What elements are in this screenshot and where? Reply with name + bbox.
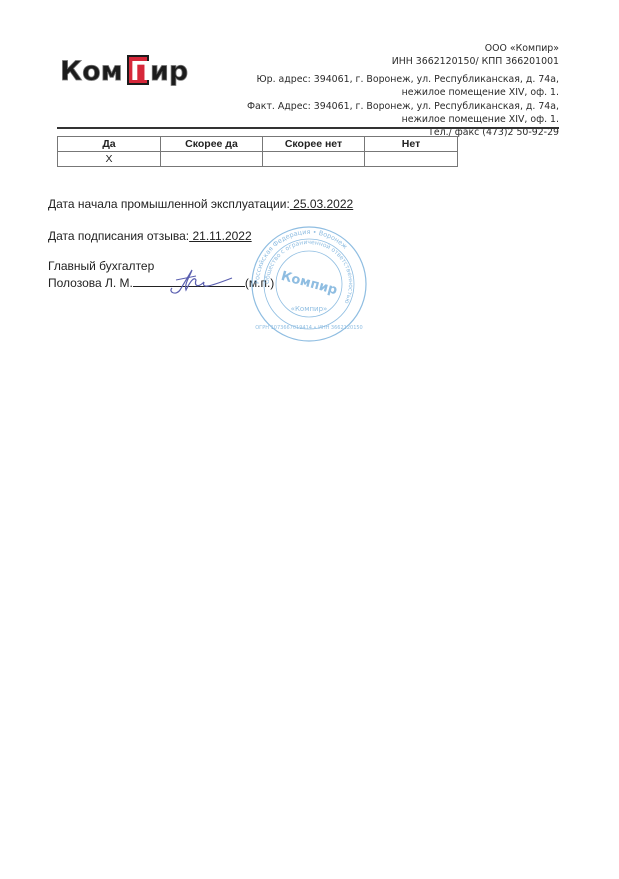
svg-text:«Компир»: «Компир»: [291, 305, 328, 313]
rating-table: Да Скорее да Скорее нет Нет Х: [57, 136, 458, 167]
header-no: Нет: [365, 137, 458, 152]
header-rather-no: Скорее нет: [263, 137, 365, 152]
table-header-row: Да Скорее да Скорее нет Нет: [58, 137, 458, 152]
legal-address-line-1: Юр. адрес: 394061, г. Воронеж, ул. Респу…: [247, 73, 559, 86]
cell-rather-no: [263, 152, 365, 167]
svg-text:ОГРН 1073667019414 • ИНН 36621: ОГРН 1073667019414 • ИНН 3662120150: [255, 325, 363, 331]
company-logo: Ком П ир: [58, 52, 198, 88]
sign-date-label: Дата подписания отзыва:: [48, 229, 189, 243]
svg-text:Компир: Компир: [279, 269, 339, 298]
inn-kpp: ИНН 3662120150/ КПП 366201001: [247, 55, 559, 68]
cell-no: [365, 152, 458, 167]
header-divider: [57, 127, 559, 129]
start-date-value: 25.03.2022: [290, 197, 353, 211]
actual-address-line-1: Факт. Адрес: 394061, г. Воронеж, ул. Рес…: [247, 100, 559, 113]
header-rather-yes: Скорее да: [161, 137, 263, 152]
start-date-line: Дата начала промышленной эксплуатации: 2…: [48, 197, 353, 211]
header-yes: Да: [58, 137, 161, 152]
svg-text:ир: ир: [150, 56, 188, 87]
cell-yes: Х: [58, 152, 161, 167]
sign-date-line: Дата подписания отзыва: 21.11.2022: [48, 229, 252, 243]
svg-text:Ком: Ком: [60, 56, 123, 87]
company-stamp: Российская Федерация • Воронеж Общество …: [250, 225, 368, 343]
cell-rather-yes: [161, 152, 263, 167]
svg-text:П: П: [130, 57, 152, 87]
company-name: ООО «Компир»: [247, 42, 559, 55]
signatory-position: Главный бухгалтер: [48, 259, 154, 273]
legal-address-line-2: нежилое помещение XIV, оф. 1.: [247, 86, 559, 99]
sign-date-value: 21.11.2022: [189, 229, 252, 243]
company-requisites: ООО «Компир» ИНН 3662120150/ КПП 3662010…: [247, 42, 559, 140]
signature: [162, 262, 242, 298]
signatory-name: Полозова Л. М.: [48, 276, 133, 290]
table-row: Х: [58, 152, 458, 167]
actual-address-line-2: нежилое помещение XIV, оф. 1.: [247, 113, 559, 126]
start-date-label: Дата начала промышленной эксплуатации:: [48, 197, 290, 211]
